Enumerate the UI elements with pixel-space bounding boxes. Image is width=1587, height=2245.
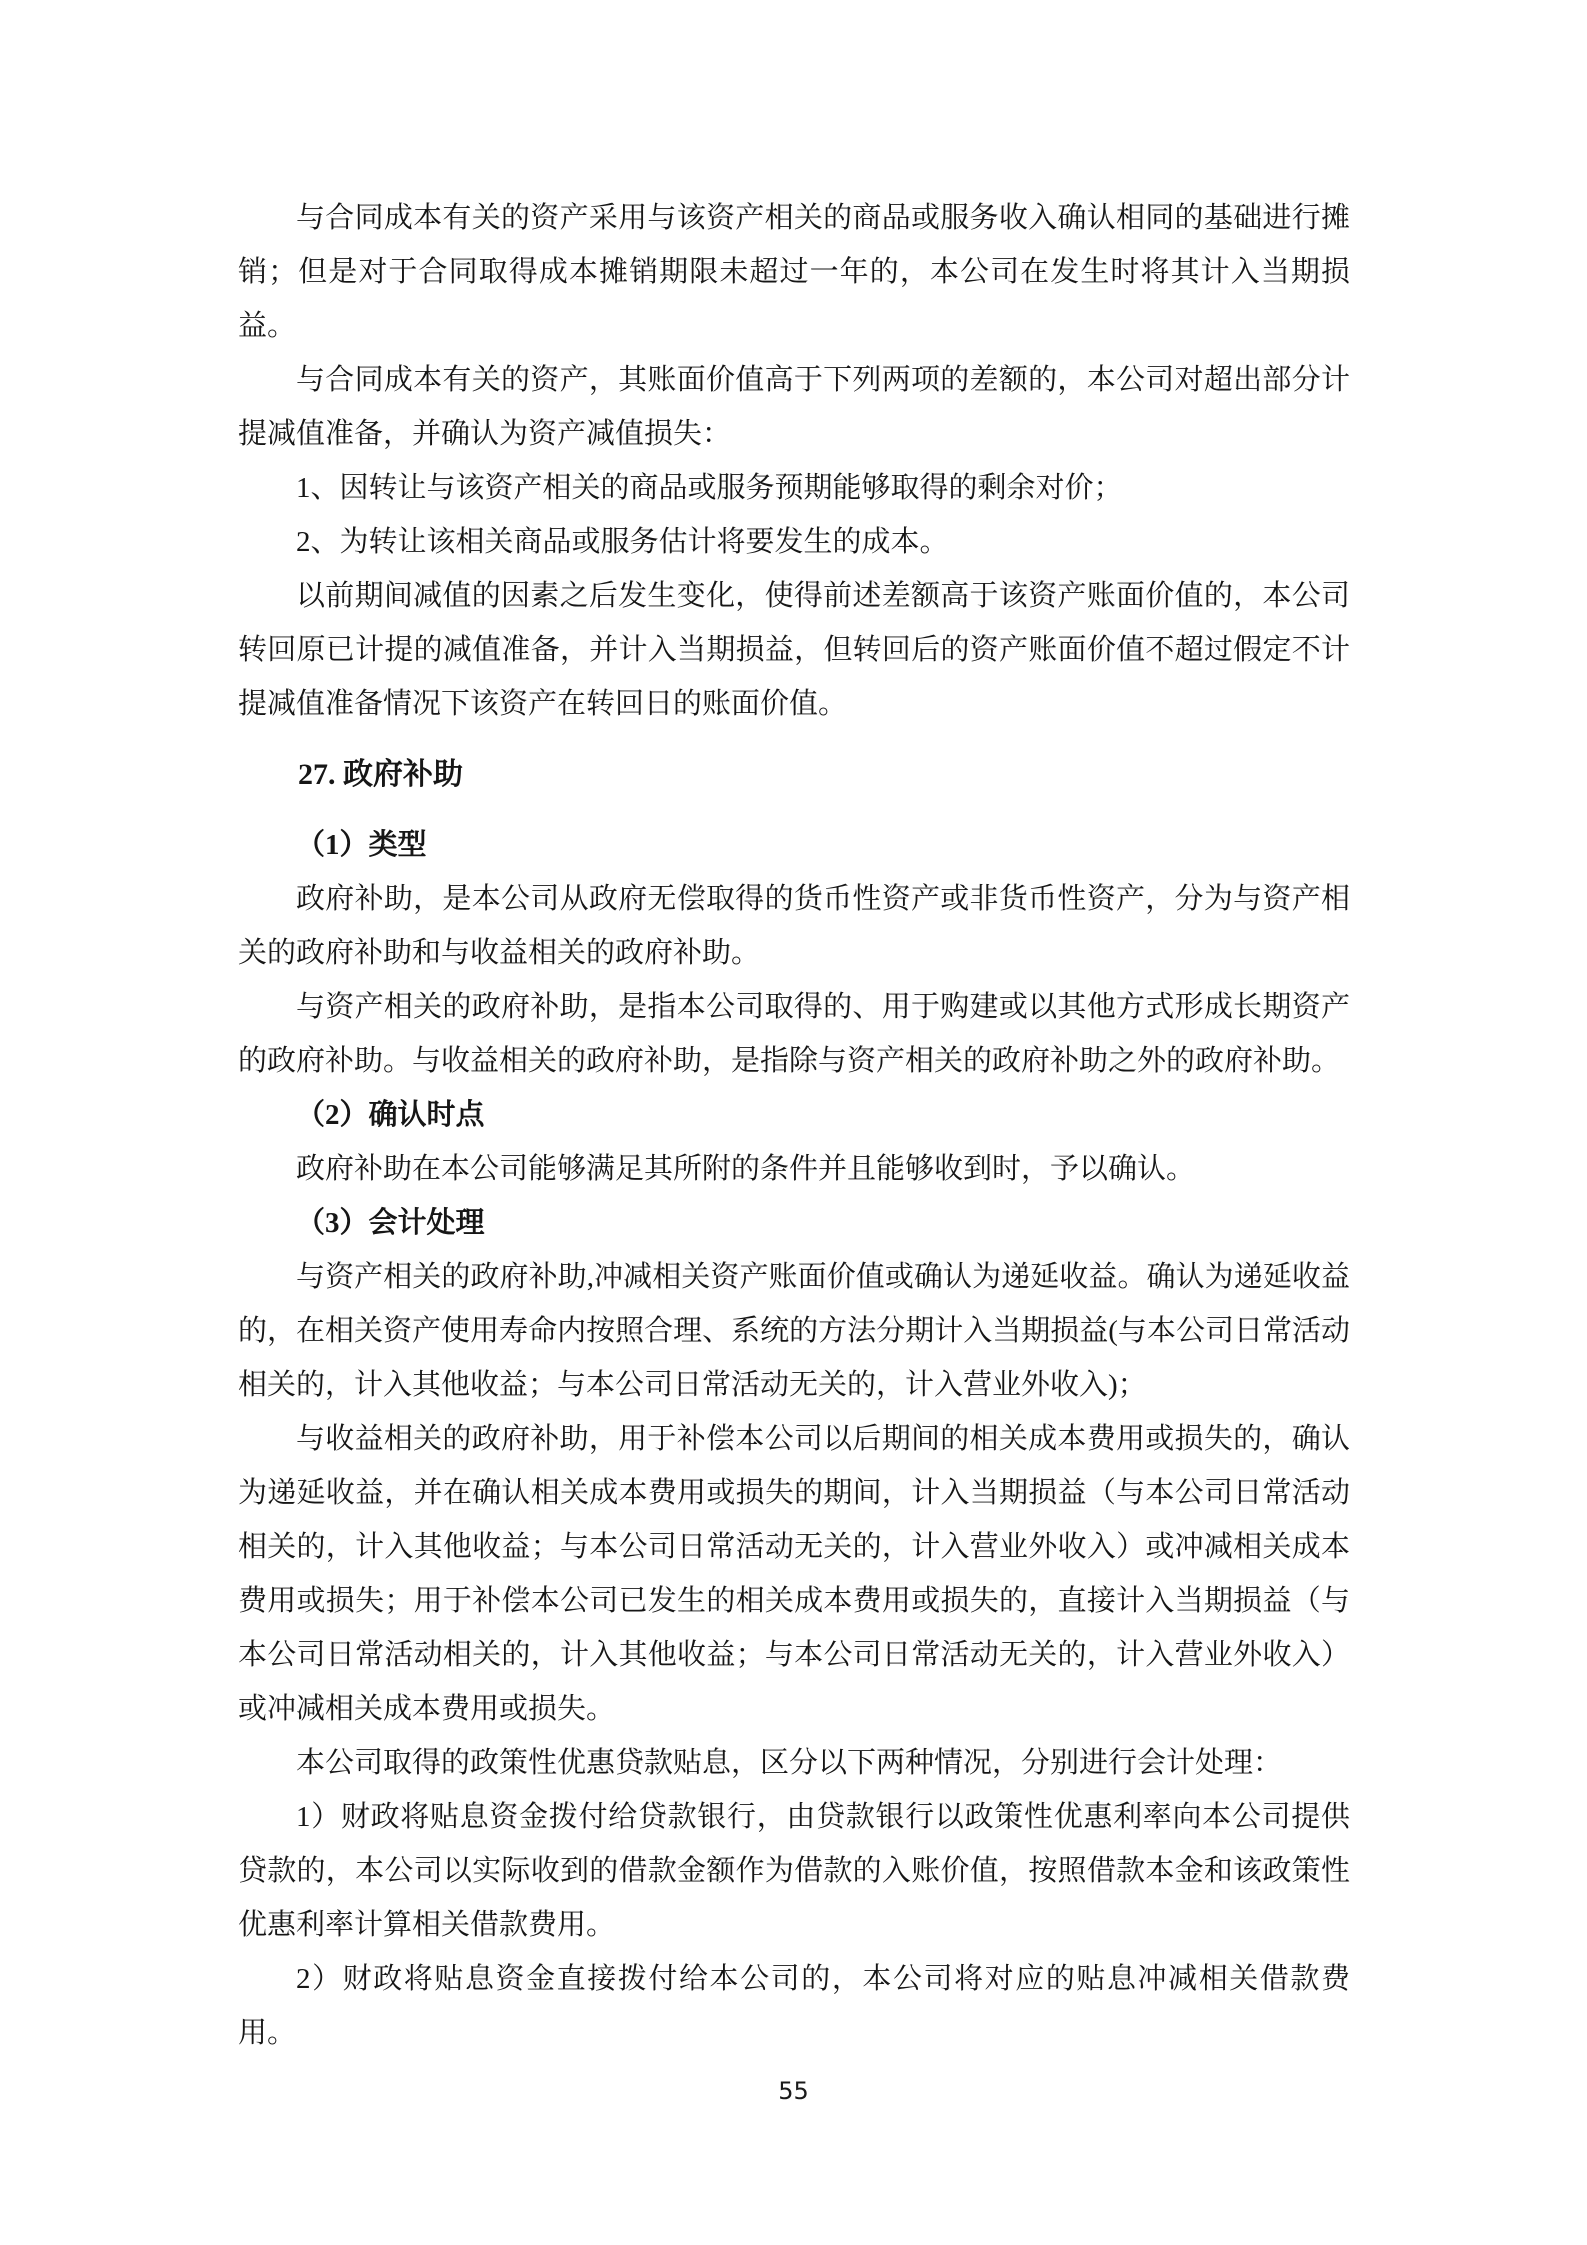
list-item: 1）财政将贴息资金拨付给贷款银行，由贷款银行以政策性优惠利率向本公司提供贷款的，…: [238, 1790, 1350, 1952]
paragraph: 与资产相关的政府补助,冲减相关资产账面价值或确认为递延收益。确认为递延收益的，在…: [238, 1250, 1350, 1412]
list-item: 2、为转让该相关商品或服务估计将要发生的成本。: [238, 515, 1350, 569]
paragraph: 与合同成本有关的资产，其账面价值高于下列两项的差额的，本公司对超出部分计提减值准…: [238, 353, 1350, 461]
section-heading: 27. 政府补助: [238, 748, 1350, 802]
paragraph: 政府补助在本公司能够满足其所附的条件并且能够收到时，予以确认。: [238, 1142, 1350, 1196]
paragraph: 与合同成本有关的资产采用与该资产相关的商品或服务收入确认相同的基础进行摊销；但是…: [238, 191, 1350, 353]
document-page: 与合同成本有关的资产采用与该资产相关的商品或服务收入确认相同的基础进行摊销；但是…: [0, 0, 1587, 2245]
list-item: 1、因转让与该资产相关的商品或服务预期能够取得的剩余对价；: [238, 461, 1350, 515]
page-number: 55: [0, 2076, 1587, 2106]
paragraph: 与资产相关的政府补助，是指本公司取得的、用于购建或以其他方式形成长期资产的政府补…: [238, 980, 1350, 1088]
paragraph: 以前期间减值的因素之后发生变化，使得前述差额高于该资产账面价值的，本公司转回原已…: [238, 569, 1350, 731]
subsection-heading: （1）类型: [238, 818, 1350, 872]
subsection-heading: （2）确认时点: [238, 1088, 1350, 1142]
subsection-heading: （3）会计处理: [238, 1196, 1350, 1250]
paragraph: 政府补助，是本公司从政府无偿取得的货币性资产或非货币性资产，分为与资产相关的政府…: [238, 872, 1350, 980]
paragraph: 本公司取得的政策性优惠贷款贴息，区分以下两种情况，分别进行会计处理：: [238, 1736, 1350, 1790]
paragraph: 与收益相关的政府补助，用于补偿本公司以后期间的相关成本费用或损失的，确认为递延收…: [238, 1412, 1350, 1736]
list-item: 2）财政将贴息资金直接拨付给本公司的，本公司将对应的贴息冲减相关借款费用。: [238, 1952, 1350, 2060]
document-content: 与合同成本有关的资产采用与该资产相关的商品或服务收入确认相同的基础进行摊销；但是…: [238, 191, 1350, 2060]
